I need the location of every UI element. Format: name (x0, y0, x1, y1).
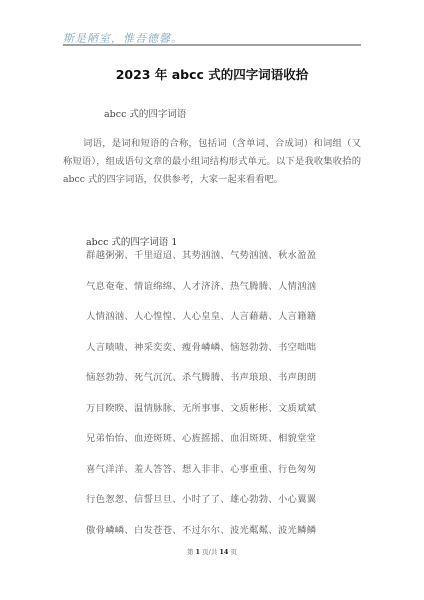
word-line: 恼怒勃勃、死气沉沉、杀气腾腾、书声琅琅、书声朗朗 (86, 371, 376, 402)
footer-prefix: 第 (187, 548, 196, 556)
footer-middle: 页/共 (200, 548, 219, 556)
word-line: 喜气洋洋、羞人答答、想入非非、心事重重、行色匆匆 (86, 463, 376, 494)
word-line: 兄弟怡怡、血迹斑斑、心旌摇摇、血泪斑斑、相貌堂堂 (86, 432, 376, 463)
word-line: 万目睽睽、温情脉脉、无所事事、文质彬彬、文质斌斌 (86, 402, 376, 433)
word-line: 群越粥粥、千里迢迢、其势汹汹、气势汹汹、秋水盈盈 (86, 249, 376, 280)
word-line: 人情汹汹、人心惶惶、人心皇皇、人言藉藉、人言籍籍 (86, 310, 376, 341)
word-list: 群越粥粥、千里迢迢、其势汹汹、气势汹汹、秋水盈盈 气息奄奄、情谊绵绵、人才济济、… (86, 249, 376, 554)
intro-paragraph: 词语，是词和短语的合称，包括词（含单词、合成词）和词组（又称短语），组成语句文章… (63, 135, 361, 189)
footer-suffix: 页 (228, 548, 237, 556)
page-title: 2023 年 abcc 式的四字词语收拾 (0, 65, 424, 83)
word-line: 气息奄奄、情谊绵绵、人才济济、热气腾腾、人情汹汹 (86, 280, 376, 311)
header-divider (63, 44, 361, 46)
word-line: 人言啧啧、神采奕奕、瘦骨嶙嶙、恼怒勃勃、书空咄咄 (86, 341, 376, 372)
word-line: 行色怱怱、信誓旦旦、小时了了、雄心勃勃、小心翼翼 (86, 493, 376, 524)
page-number-footer: 第 1 页/共 14 页 (0, 547, 424, 556)
word-list-heading: abcc 式的四字词语 1 (86, 234, 177, 248)
section-heading: abcc 式的四字词语 (104, 106, 186, 120)
